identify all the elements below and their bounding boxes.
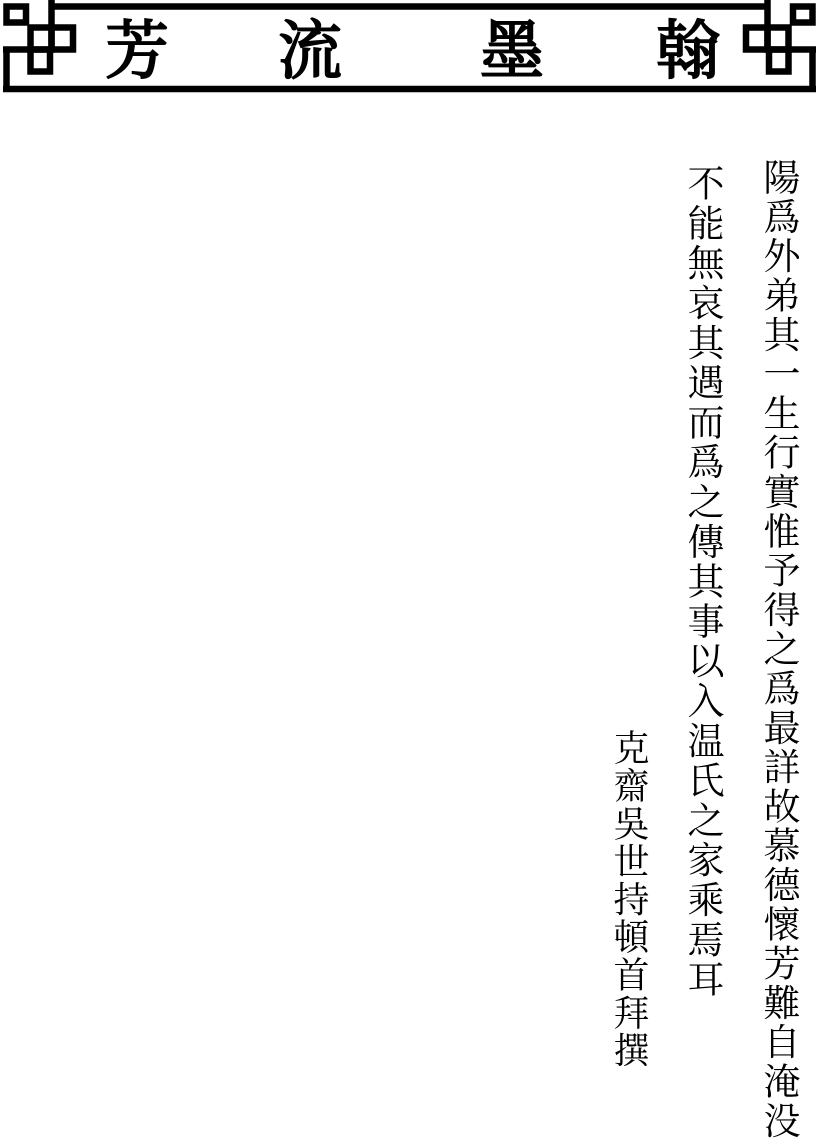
text-column-2: 不能無哀其遇而爲之傳其事以入温氏之家乘焉耳: [684, 164, 721, 1009]
title-char-fang: 芳: [105, 20, 169, 84]
title-char-liu: 流: [278, 20, 342, 84]
text-column-1: 陽爲外弟其一生行實惟予得之爲最詳故慕德懷芳難自淹没: [760, 158, 797, 1147]
title-char-han: 翰: [656, 20, 720, 84]
document-page: 芳 流 墨 翰 陽爲外弟其一生行實惟予得之爲最詳故慕德懷芳難自淹没 不能無哀其遇…: [0, 0, 819, 1147]
signature-column: 克齋吳世持頓首拜撰: [610, 729, 646, 1079]
title-char-mo: 墨: [480, 20, 544, 84]
